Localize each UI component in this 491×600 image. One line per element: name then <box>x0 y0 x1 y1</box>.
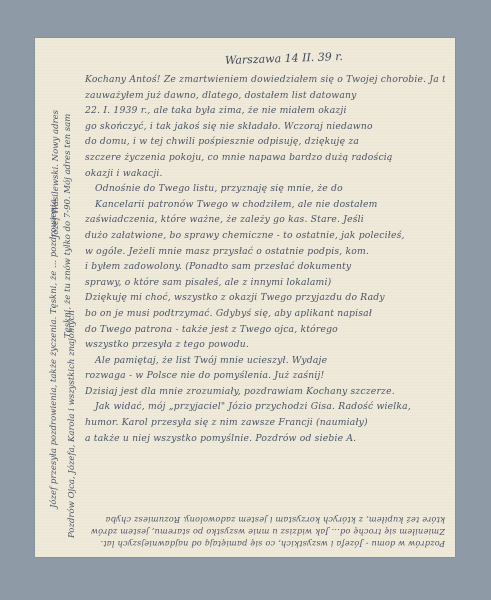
letter-line: Kancelarii patronów Twego w chodziłem, a… <box>85 197 445 213</box>
left-margin-notes: Józef Wasilewski. Nowy adres Tęskni, że … <box>37 38 85 557</box>
letter-line: Dzisiaj jest dla mnie zrozumiały, pozdra… <box>85 384 445 400</box>
inverted-postscript: Pozdrów w domu - Józefa i wszystkich, co… <box>83 514 445 550</box>
inverted-line: Pozdrów w domu - Józefa i wszystkich, co… <box>83 538 445 550</box>
letter-line: Kochany Antoś! Ze zmartwieniem dowiedzia… <box>85 72 445 88</box>
letter-line: go skończyć, i tak jakoś się nie składał… <box>85 119 445 135</box>
inverted-line: które też kupiłem, z których korzystam i… <box>83 514 445 526</box>
letter-line: okazji i wakacji. <box>85 166 445 182</box>
inverted-line: Zmieniłem się trochę od... Jak widzisz u… <box>83 526 445 538</box>
letter-line: Odnośnie do Twego listu, przyznaję się m… <box>85 181 445 197</box>
letter-line: Dziękuję mi choć, wszystko z okazji Tweg… <box>85 290 445 306</box>
letter-line: sprawy, o które sam pisałeś, ale z innym… <box>85 275 445 291</box>
letter-line: rozwaga - w Polsce nie do pomyślenia. Ju… <box>85 368 445 384</box>
margin-note-4: Pozdrów Ojca, Józefa, Karola i wszystkic… <box>67 310 77 538</box>
letter-line: dużo załatwione, bo sprawy chemiczne - t… <box>85 228 445 244</box>
letter-line: 22. I. 1939 r., ale taka była zima, że n… <box>85 103 445 119</box>
letter-paper: Warszawa 14 II. 39 r. Józef Wasilewski. … <box>35 38 455 557</box>
letter-line: i byłem zadowolony. (Ponadto sam przesła… <box>85 259 445 275</box>
letter-line: do domu, i w tej chwili pośpiesznie odpi… <box>85 134 445 150</box>
margin-note-2: Tęskni, że tu znów tylko do 7-90. Mój ad… <box>63 114 73 338</box>
letter-line: Jak widać, mój „przyjaciel" Józio przych… <box>85 399 445 415</box>
letter-line: Ale pamiętaj, że list Twój mnie ucieszył… <box>85 353 445 369</box>
letter-line: szczere życzenia pokoju, co mnie napawa … <box>85 150 445 166</box>
letter-line: zaświadczenia, które ważne, że zależy go… <box>85 212 445 228</box>
margin-note-3: Józef przesyła pozdrowienia, także życze… <box>49 199 59 508</box>
letter-date: Warszawa 14 II. 39 r. <box>225 50 343 67</box>
letter-body: Kochany Antoś! Ze zmartwieniem dowiedzia… <box>85 72 445 446</box>
letter-line: a także u niej wszystko pomyślnie. Pozdr… <box>85 431 445 447</box>
letter-line: humor. Karol przesyła się z nim zawsze F… <box>85 415 445 431</box>
letter-line: wszystko przesyła z tego powodu. <box>85 337 445 353</box>
letter-line: zauważyłem już dawno, dlatego, dostałem … <box>85 88 445 104</box>
letter-line: w ogóle. Jeżeli mnie masz przysłać o ost… <box>85 244 445 260</box>
letter-line: do Twego patrona - także jest z Twego oj… <box>85 322 445 338</box>
letter-line: bo on je musi podtrzymać. Gdybyś się, ab… <box>85 306 445 322</box>
